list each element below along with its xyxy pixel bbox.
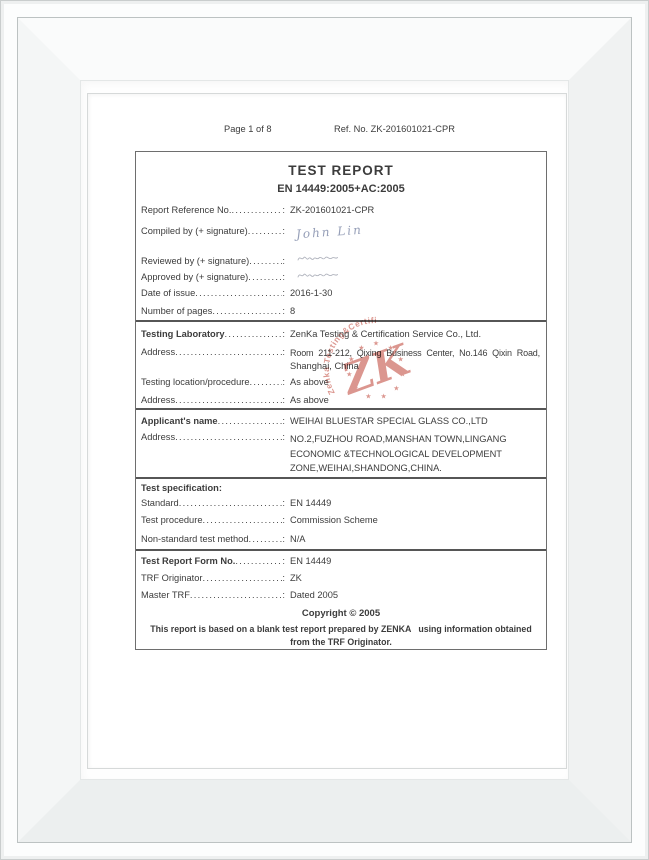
dot-leader [175,395,282,406]
field-label: Standard [141,498,179,509]
field-label: Date of issue [141,288,195,299]
disclaimer-text: This report is based on a blank test rep… [136,623,546,649]
field-value: 2016-1-30 [285,288,540,299]
label-colon [282,256,285,267]
field-label: Test specification: [141,483,222,494]
field-value: ZK [285,573,540,584]
row-location-address: Address As above [136,395,546,406]
row-test-specification: Test specification: [136,483,546,494]
row-testing-location: Testing location/procedure As above [136,377,546,388]
field-label: Compiled by (+ signature) [141,226,248,237]
row-trf-originator: TRF Originator ZK [136,573,546,584]
field-label: Number of pages [141,306,212,317]
section-testing-laboratory: Testing Laboratory ZenKa Testing & Certi… [136,320,546,408]
row-reviewed-by: Reviewed by (+ signature) [136,256,546,267]
dot-leader [231,205,282,216]
field-label: Testing Laboratory [141,329,225,340]
field-value: EN 14449 [285,556,540,567]
field-value: EN 14449 [285,498,540,509]
field-label: Testing location/procedure [141,377,250,388]
page-number: Page 1 of 8 [224,124,272,134]
field-label: Address [141,347,175,358]
reference-number: Ref. No. ZK-201601021-CPR [334,124,455,134]
field-value: NO.2,FUZHOU ROAD,MANSHAN TOWN,LINGANGECO… [285,432,540,476]
row-date-of-issue: Date of issue 2016-1-30 [136,288,546,299]
label-colon [282,226,285,237]
section-trf: Test Report Form No. EN 14449 TRF Origin… [136,549,546,651]
row-approved-by: Approved by (+ signature) [136,272,546,283]
dot-leader [235,556,282,567]
dot-leader [190,590,283,601]
dot-leader [225,329,283,340]
dot-leader [249,256,282,267]
dot-leader [175,347,282,358]
field-value: Dated 2005 [285,590,540,601]
field-value: WEIHAI BLUESTAR SPECIAL GLASS CO.,LTD [285,416,540,427]
field-value: Room 211-212, Qixing Business Center, No… [285,347,540,373]
dot-leader [202,573,282,584]
section-applicant: Applicant's name WEIHAI BLUESTAR SPECIAL… [136,408,546,477]
field-value: As above [285,377,540,388]
row-lab-address: Address Room 211-212, Qixing Business Ce… [136,347,546,373]
field-label: Address [141,395,175,406]
dot-leader [195,288,282,299]
field-value: Commission Scheme [285,515,540,526]
report-title: TEST REPORT [136,163,546,178]
dot-leader [179,498,283,509]
report-standard-subtitle: EN 14449:2005+AC:2005 [136,183,546,196]
dot-leader [249,534,283,545]
row-applicant-address: Address NO.2,FUZHOU ROAD,MANSHAN TOWN,LI… [136,432,546,476]
row-test-report-form-no: Test Report Form No. EN 14449 [136,556,546,567]
field-label: Address [141,432,175,443]
approved-by-signature-scribble [297,269,339,281]
copyright-line: Copyright © 2005 [136,608,546,620]
row-applicant-name: Applicant's name WEIHAI BLUESTAR SPECIAL… [136,416,546,427]
field-label: Test Report Form No. [141,556,235,567]
field-label: Report Reference No. [141,205,231,216]
reviewed-by-signature-scribble [297,252,339,264]
field-label: TRF Originator [141,573,202,584]
field-value: As above [285,395,540,406]
field-label: Reviewed by (+ signature) [141,256,249,267]
dot-leader [248,272,282,283]
row-report-reference-no: Report Reference No. ZK-201601021-CPR [136,205,546,216]
field-value: N/A [285,534,540,545]
row-non-standard-test-method: Non-standard test method N/A [136,534,546,545]
dot-leader [175,432,282,443]
field-label: Master TRF [141,590,190,601]
field-label: Non-standard test method [141,534,249,545]
dot-leader [218,416,283,427]
dot-leader [248,226,283,237]
field-label: Test procedure [141,515,203,526]
section-test-specification: Test specification: Standard EN 14449 Te… [136,477,546,549]
field-value: ZK-201601021-CPR [285,205,540,216]
row-number-of-pages: Number of pages 8 [136,306,546,317]
certificate-paper: Page 1 of 8 Ref. No. ZK-201601021-CPR TE… [87,93,567,769]
label-colon [282,272,285,283]
dot-leader [212,306,282,317]
row-testing-laboratory: Testing Laboratory ZenKa Testing & Certi… [136,329,546,340]
field-value: ZenKa Testing & Certification Service Co… [285,329,540,340]
row-standard: Standard EN 14449 [136,498,546,509]
field-label: Applicant's name [141,416,218,427]
row-master-trf: Master TRF Dated 2005 [136,590,546,601]
field-value: 8 [285,306,540,317]
dot-leader [203,515,283,526]
field-label: Approved by (+ signature) [141,272,248,283]
row-test-procedure: Test procedure Commission Scheme [136,515,546,526]
dot-leader [250,377,283,388]
